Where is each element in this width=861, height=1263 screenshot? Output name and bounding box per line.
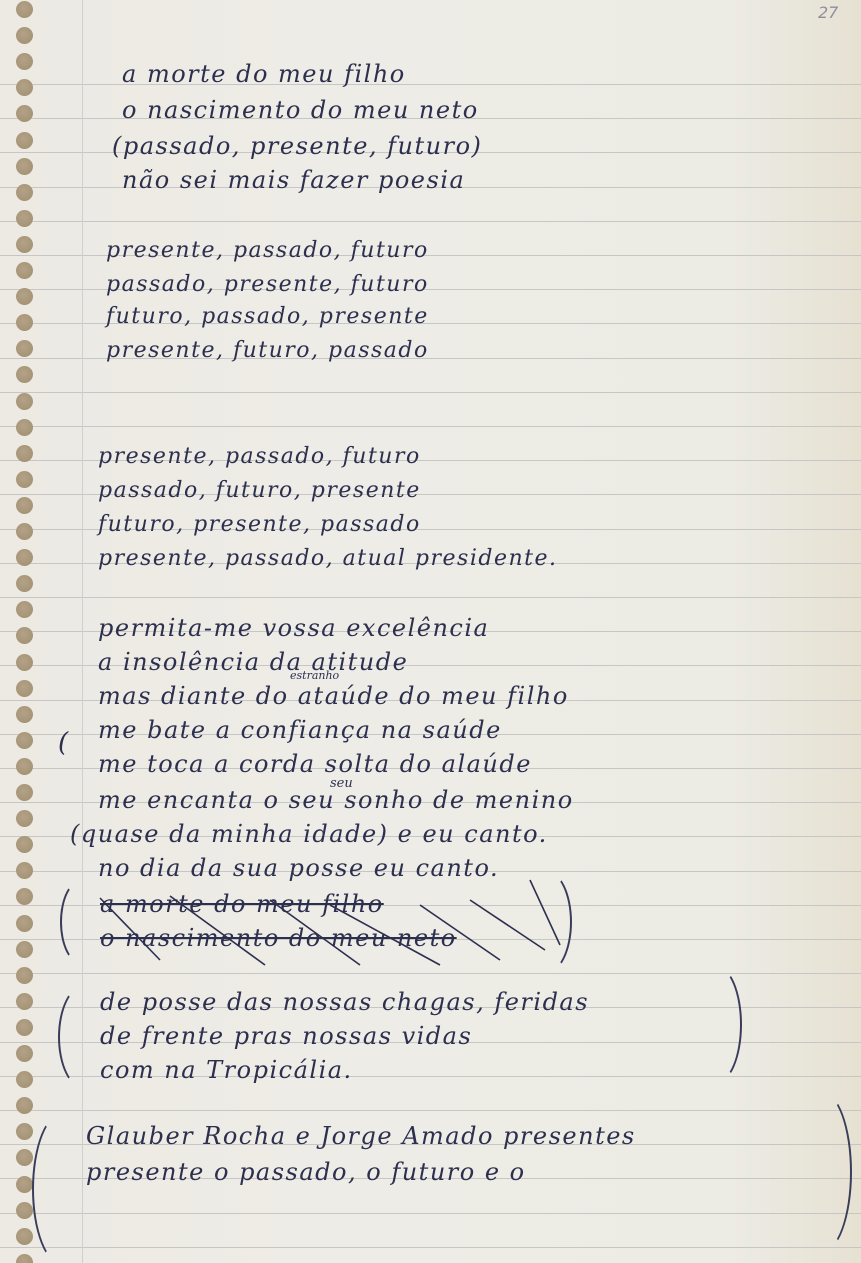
stanza2-line3: futuro, passado, presente [106, 304, 429, 329]
stanza5-bracket-right [690, 965, 742, 1084]
stanza3-line3: futuro, presente, passado [98, 512, 421, 537]
stanza6-bracket-left [32, 1112, 94, 1263]
spiral-hole [16, 784, 33, 801]
spiral-holes [16, 0, 36, 1263]
spiral-hole [16, 184, 33, 201]
stanza2-line1: presente, passado, futuro [106, 238, 429, 263]
spiral-hole [16, 993, 33, 1010]
ruled-line [0, 597, 861, 598]
ruled-line [0, 221, 861, 222]
stanza4-line7: (quase da minha idade) e eu canto. [70, 820, 548, 848]
spiral-hole [16, 888, 33, 905]
stanza3-line2: passado, futuro, presente [98, 478, 421, 503]
spiral-hole [16, 862, 33, 879]
spiral-hole [16, 549, 33, 566]
stanza4-line1: permita-me vossa excelência [98, 614, 489, 642]
spiral-hole [16, 1123, 33, 1140]
ruled-line [0, 1247, 861, 1248]
ruled-line [0, 392, 861, 393]
ruled-line [0, 1110, 861, 1111]
spiral-hole [16, 340, 33, 357]
spiral-hole [16, 1, 33, 18]
stanza2-line2: passado, presente, futuro [106, 272, 429, 297]
stanza4-line4: me bate a confiança na saúde [98, 716, 502, 744]
spiral-hole [16, 1176, 33, 1193]
spiral-hole [16, 53, 33, 70]
page-number: 27 [818, 3, 838, 22]
spiral-hole [16, 601, 33, 618]
stanza5-line1: de posse das nossas chagas, feridas [100, 988, 589, 1016]
struck-line1: a morte do meu filho [100, 890, 384, 918]
spiral-hole [16, 158, 33, 175]
struck-bracket-left [60, 880, 102, 964]
spiral-hole [16, 732, 33, 749]
spiral-hole [16, 236, 33, 253]
spiral-hole [16, 471, 33, 488]
open-paren: ( [58, 728, 70, 758]
spiral-hole [16, 575, 33, 592]
spiral-hole [16, 915, 33, 932]
stanza4-line5: me toca a corda solta do alaúde [98, 750, 532, 778]
spiral-hole [16, 79, 33, 96]
stanza1-line2: o nascimento do meu neto [122, 96, 479, 124]
ruled-line [0, 426, 861, 427]
spiral-hole [16, 1202, 33, 1219]
insertion-above-ataude: estranho [290, 669, 339, 682]
spiral-hole [16, 105, 33, 122]
spiral-hole [16, 210, 33, 227]
spiral-hole [16, 497, 33, 514]
stanza6-line1: Glauber Rocha e Jorge Amado presentes [86, 1122, 636, 1150]
spiral-hole [16, 314, 33, 331]
stanza2-line4: presente, futuro, passado [106, 338, 429, 363]
spiral-hole [16, 132, 33, 149]
spiral-hole [16, 1149, 33, 1166]
spiral-hole [16, 1019, 33, 1036]
spiral-hole [16, 262, 33, 279]
stanza3-line1: presente, passado, futuro [98, 444, 421, 469]
spiral-hole [16, 810, 33, 827]
stanza4-line2: a insolência da atitude [98, 648, 408, 676]
stanza5-line3: com na Tropicália. [100, 1056, 353, 1084]
stanza3-line4: presente, passado, atual presidente. [98, 546, 558, 571]
stanza1-line3: (passado, presente, futuro) [112, 132, 482, 160]
spiral-hole [16, 967, 33, 984]
spiral-hole [16, 1045, 33, 1062]
stanza6-bracket-right [790, 1090, 852, 1254]
ruled-line [0, 973, 861, 974]
spiral-hole [16, 836, 33, 853]
spiral-hole [16, 627, 33, 644]
stanza4-line3: mas diante do ataúde do meu filho [98, 682, 569, 710]
spiral-hole [16, 419, 33, 436]
spiral-hole [16, 1071, 33, 1088]
spiral-hole [16, 366, 33, 383]
spiral-hole [16, 393, 33, 410]
spiral-hole [16, 706, 33, 723]
spiral-hole [16, 758, 33, 775]
stanza4-line8: no dia da sua posse eu canto. [98, 854, 499, 882]
ruled-line [0, 1213, 861, 1214]
stanza1-line1: a morte do meu filho [122, 60, 406, 88]
stanza4-line6: me encanta o seu sonho de menino [98, 786, 574, 814]
spiral-hole [16, 1228, 33, 1245]
spiral-hole [16, 445, 33, 462]
spiral-hole [16, 288, 33, 305]
struck-bracket-right [520, 870, 572, 974]
stanza5-line2: de frente pras nossas vidas [100, 1022, 472, 1050]
notebook-page: 27 a morte do meu filho o nascimento do … [0, 0, 861, 1263]
stanza1-line4: não sei mais fazer poesia [122, 166, 465, 194]
struck-line2: o nascimento do meu neto [100, 924, 457, 952]
stanza6-line2: presente o passado, o futuro e o [86, 1158, 526, 1186]
spiral-hole [16, 1254, 33, 1263]
spiral-hole [16, 1097, 33, 1114]
spiral-hole [16, 27, 33, 44]
spiral-hole [16, 523, 33, 540]
spiral-hole [16, 680, 33, 697]
spiral-hole [16, 654, 33, 671]
spiral-hole [16, 941, 33, 958]
